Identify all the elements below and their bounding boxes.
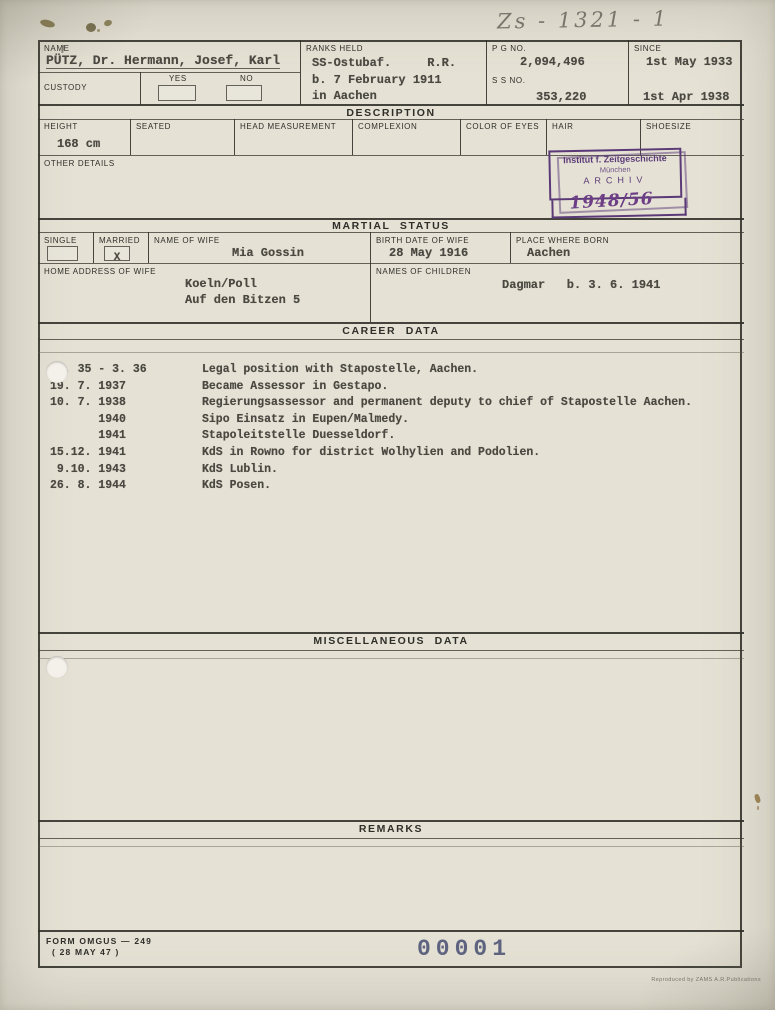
birth-date-of-wife-label: BIRTH DATE OF WIFE: [376, 236, 469, 245]
career-entry-date: 19. 7. 1937: [50, 379, 202, 396]
divider: [234, 119, 235, 155]
career-entry: 10. 7. 1938 Regierungsassessor and perma…: [50, 395, 738, 412]
complexion-label: COMPLEXION: [358, 122, 417, 131]
archive-stamp-line3: ARCHIV: [551, 174, 680, 187]
career-entries: 10. 35 - 3. 36 Legal position with Stapo…: [50, 362, 738, 495]
form-date: ( 28 MAY 47 ): [52, 947, 120, 957]
name-value: PÜTZ, Dr. Hermann, Josef, Karl: [46, 53, 280, 69]
divider: [93, 232, 94, 263]
divider: [352, 119, 353, 155]
divider: [300, 40, 301, 105]
place-where-born-label: PLACE WHERE BORN: [516, 236, 609, 245]
remarks-title: REMARKS: [38, 823, 744, 835]
ss-no-label: S S NO.: [492, 76, 526, 85]
ink-smudge: [39, 18, 55, 28]
ranks-line3: in Aachen: [312, 89, 377, 103]
divider: [38, 263, 744, 264]
hair-label: HAIR: [552, 122, 574, 131]
shoesize-label: SHOESIZE: [646, 122, 691, 131]
single-label: SINGLE: [44, 236, 77, 245]
career-entry: 10. 35 - 3. 36 Legal position with Stapo…: [50, 362, 738, 379]
career-entry: 15.12. 1941 KdS in Rowno for district Wo…: [50, 445, 738, 462]
divider: [38, 846, 744, 847]
divider: [510, 232, 511, 263]
page-number-stamp: 00001: [417, 936, 511, 962]
custody-label: CUSTODY: [44, 83, 87, 92]
born-value: Aachen: [527, 246, 570, 260]
seated-label: SEATED: [136, 122, 171, 131]
career-entry: 9.10. 1943 KdS Lublin.: [50, 462, 738, 479]
children-value: Dagmar b. 3. 6. 1941: [502, 278, 660, 292]
divider: [486, 40, 487, 105]
archive-stamp: Institut f. Zeitgeschichte München ARCHI…: [548, 145, 695, 220]
paper-speck: [757, 806, 759, 810]
marital-status-title: MARTIAL STATUS: [38, 220, 744, 232]
color-of-eyes-label: COLOR OF EYES: [466, 122, 539, 131]
punch-hole: [46, 361, 68, 383]
divider: [38, 322, 744, 324]
divider: [38, 232, 744, 233]
career-entry-text: Became Assessor in Gestapo.: [202, 379, 388, 396]
since-value-1: 1st May 1933: [646, 55, 732, 69]
divider: [38, 820, 744, 822]
divider: [38, 658, 744, 659]
divider: [546, 119, 547, 155]
divider: [370, 232, 371, 263]
career-entry-date: 1941: [50, 428, 202, 445]
custody-yes-label: YES: [169, 74, 187, 83]
since-value-2: 1st Apr 1938: [643, 90, 729, 104]
divider: [38, 632, 744, 634]
career-entry-date: 9.10. 1943: [50, 462, 202, 479]
divider: [460, 119, 461, 155]
height-value: 168 cm: [57, 137, 100, 151]
ranks-line1: SS-Ostubaf. R.R.: [312, 56, 456, 70]
since-label: SINCE: [634, 44, 661, 53]
divider: [148, 232, 149, 263]
wife-name-value: Mia Gossin: [232, 246, 304, 260]
divider: [370, 263, 371, 322]
miscellaneous-data-title: MISCELLANEOUS DATA: [38, 635, 744, 647]
custody-no-label: NO: [240, 74, 253, 83]
ss-no-value: 353,220: [536, 90, 586, 104]
divider: [140, 72, 141, 105]
archive-stamp-number-box: 1948/56: [551, 198, 686, 219]
career-entry-date: 10. 7. 1938: [50, 395, 202, 412]
name-label: NAME: [44, 44, 70, 53]
divider: [130, 119, 131, 155]
married-checkbox[interactable]: X: [104, 246, 130, 261]
archive-stamp-number: 1948/56: [569, 189, 654, 214]
scanned-document-page: Zs - 1321 - 1 NAME PÜTZ, Dr. Hermann, Jo…: [0, 0, 775, 1010]
career-data-title: CAREER DATA: [38, 325, 744, 337]
career-entry-text: KdS Posen.: [202, 478, 271, 495]
paper-speck: [754, 793, 762, 803]
divider: [38, 339, 744, 340]
ink-smudge: [86, 23, 96, 32]
career-entry: 1940 Sipo Einsatz in Eupen/Malmedy.: [50, 412, 738, 429]
married-label: MARRIED: [99, 236, 140, 245]
divider: [38, 72, 300, 73]
divider: [38, 104, 744, 106]
wife-birth-value: 28 May 1916: [389, 246, 468, 260]
ranks-line2: b. 7 February 1911: [312, 73, 442, 87]
custody-yes-checkbox[interactable]: [158, 85, 196, 101]
description-title: DESCRIPTION: [38, 107, 744, 119]
reproduction-fine-print: Reproduced by ZAMS A.R.Publications: [651, 977, 761, 983]
career-entry: 1941 Stapoleitstelle Duesseldorf.: [50, 428, 738, 445]
names-of-children-label: NAMES OF CHILDREN: [376, 267, 471, 276]
home-address-of-wife-label: HOME ADDRESS OF WIFE: [44, 267, 156, 276]
handwritten-archive-ref: Zs - 1321 - 1: [497, 7, 669, 34]
career-entry-text: Stapoleitstelle Duesseldorf.: [202, 428, 395, 445]
wife-address-line2: Auf den Bitzen 5: [185, 293, 300, 307]
career-entry-text: Legal position with Stapostelle, Aachen.: [202, 362, 478, 379]
divider: [38, 650, 744, 651]
career-entry-date: 10. 35 - 3. 36: [50, 362, 202, 379]
ink-smudge: [103, 19, 112, 27]
ink-smudge: [97, 29, 100, 32]
single-checkbox[interactable]: [47, 246, 78, 261]
height-label: HEIGHT: [44, 122, 78, 131]
divider: [38, 930, 744, 932]
pg-no-value: 2,094,496: [520, 55, 585, 69]
career-entry-text: KdS in Rowno for district Wolhylien and …: [202, 445, 540, 462]
divider: [628, 40, 629, 105]
ranks-held-label: RANKS HELD: [306, 44, 363, 53]
custody-no-checkbox[interactable]: [226, 85, 262, 101]
career-entry: 19. 7. 1937 Became Assessor in Gestapo.: [50, 379, 738, 396]
divider: [38, 352, 744, 353]
wife-address-line1: Koeln/Poll: [185, 277, 257, 291]
punch-hole: [46, 656, 68, 678]
name-of-wife-label: NAME OF WIFE: [154, 236, 220, 245]
career-entry-date: 26. 8. 1944: [50, 478, 202, 495]
career-entry-text: Sipo Einsatz in Eupen/Malmedy.: [202, 412, 409, 429]
career-entry-date: 1940: [50, 412, 202, 429]
other-details-label: OTHER DETAILS: [44, 159, 115, 168]
pg-no-label: P G NO.: [492, 44, 526, 53]
head-measurement-label: HEAD MEASUREMENT: [240, 122, 336, 131]
career-entry-text: KdS Lublin.: [202, 462, 278, 479]
divider: [38, 838, 744, 839]
married-x-mark: X: [114, 252, 121, 265]
divider: [38, 119, 744, 120]
career-entry-date: 15.12. 1941: [50, 445, 202, 462]
career-entry: 26. 8. 1944 KdS Posen.: [50, 478, 738, 495]
career-entry-text: Regierungsassessor and permanent deputy …: [202, 395, 692, 412]
form-number: FORM OMGUS — 249: [46, 936, 152, 946]
